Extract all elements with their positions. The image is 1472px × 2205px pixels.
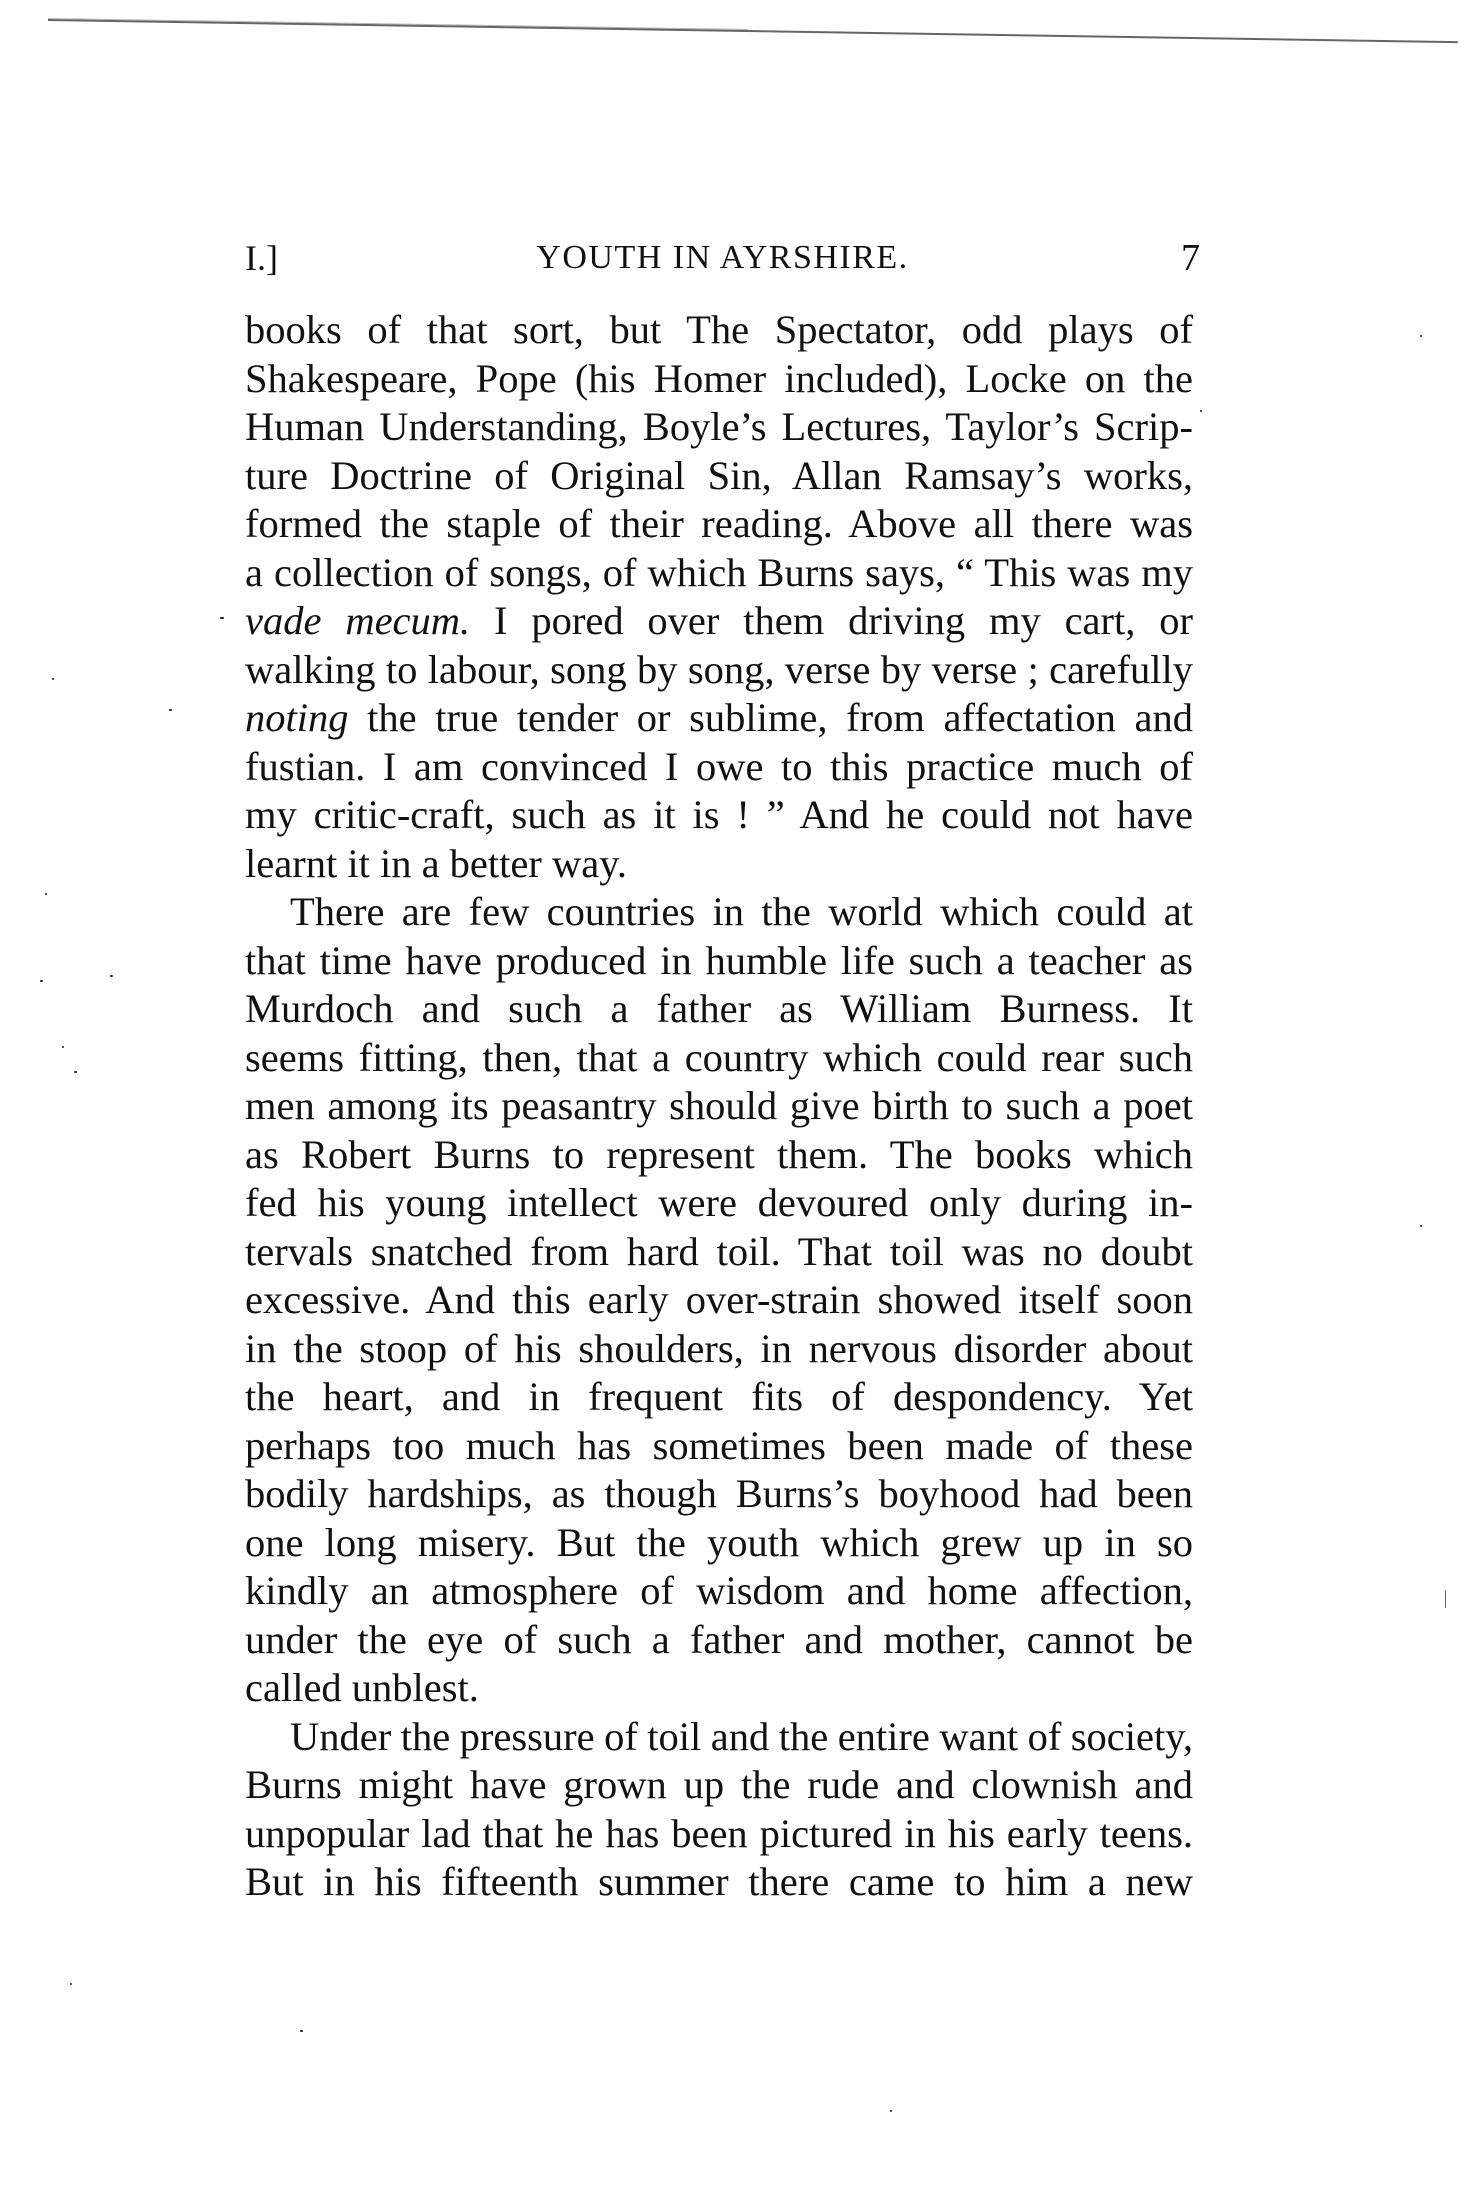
- page-number: 7: [1181, 236, 1200, 280]
- text-line: the heart, and in frequent fits of despo…: [245, 1373, 1193, 1421]
- text-line: formed the staple of their reading. Abov…: [245, 500, 1193, 548]
- text-line: Burns might have grown up the rude and c…: [245, 1761, 1193, 1809]
- text-line: Shakespeare, Pope (his Homer included), …: [245, 355, 1193, 403]
- text-line: my critic-craft, such as it is ! ” And h…: [245, 791, 1193, 839]
- text-line: tervals snatched from hard toil. That to…: [245, 1228, 1193, 1276]
- text-line: But in his fifteenth summer there came t…: [245, 1858, 1193, 1906]
- line-text: excessive. And this early over-strain sh…: [245, 1277, 1193, 1322]
- line-text: as Robert Burns to represent them. The b…: [245, 1132, 1193, 1177]
- line-text: unpopular lad that he has been pictured …: [245, 1811, 1193, 1856]
- text-line: perhaps too much has sometimes been made…: [245, 1422, 1193, 1470]
- line-text: Murdoch and such a father as William Bur…: [245, 986, 1193, 1031]
- text-line: under the eye of such a father and mothe…: [245, 1616, 1193, 1664]
- line-text: I pored over them driving my cart, or: [470, 598, 1193, 643]
- text-line: vade mecum. I pored over them driving my…: [245, 597, 1193, 645]
- line-text: books of that sort, but The Spectator, o…: [245, 307, 1193, 352]
- text-line: noting the true tender or sublime, from …: [245, 694, 1193, 742]
- running-title: YOUTH IN AYRSHIRE.: [245, 236, 1200, 280]
- line-text: fustian. I am convinced I owe to this pr…: [245, 744, 1193, 789]
- line-text: ture Doctrine of Original Sin, Allan Ram…: [245, 453, 1193, 498]
- line-text: Shakespeare, Pope (his Homer included), …: [245, 356, 1193, 401]
- scan-speck: [40, 980, 43, 982]
- scan-speck: [890, 2110, 892, 2112]
- scan-edge-line-faint: [48, 18, 748, 30]
- text-line: Murdoch and such a father as William Bur…: [245, 985, 1193, 1033]
- scan-speck: [110, 975, 113, 977]
- scan-speck: [1420, 335, 1422, 337]
- scan-speck: [52, 678, 54, 680]
- text-line: books of that sort, but The Spectator, o…: [245, 306, 1193, 354]
- text-line: called unblest.: [245, 1664, 1193, 1712]
- line-text: in the stoop of his shoulders, in nervou…: [245, 1326, 1193, 1371]
- line-text: the true tender or sublime, from affecta…: [349, 695, 1193, 740]
- text-line: one long misery. But the youth which gre…: [245, 1519, 1193, 1567]
- line-text: But in his fifteenth summer there came t…: [245, 1859, 1193, 1904]
- italic-phrase: noting: [245, 695, 349, 740]
- line-text: called unblest.: [245, 1665, 479, 1710]
- scan-edge-line: [48, 19, 1458, 43]
- scan-speck: [169, 709, 172, 711]
- running-header: I.] YOUTH IN AYRSHIRE. 7: [245, 236, 1200, 280]
- scanned-book-page: I.] YOUTH IN AYRSHIRE. 7 books of that s…: [0, 0, 1472, 2205]
- text-line: ture Doctrine of Original Sin, Allan Ram…: [245, 452, 1193, 500]
- line-text: formed the staple of their reading. Abov…: [245, 501, 1193, 546]
- line-text: seems fitting, then, that a country whic…: [245, 1035, 1193, 1080]
- line-text: my critic-craft, such as it is ! ” And h…: [245, 792, 1193, 837]
- line-text: learnt it in a better way.: [245, 841, 627, 886]
- scan-speck: [70, 1983, 72, 1985]
- line-text: the heart, and in frequent fits of despo…: [245, 1374, 1193, 1419]
- line-text: under the eye of such a father and mothe…: [245, 1617, 1193, 1662]
- scan-speck: [74, 1071, 77, 1073]
- text-line: excessive. And this early over-strain sh…: [245, 1276, 1193, 1324]
- line-text: tervals snatched from hard toil. That to…: [245, 1229, 1193, 1274]
- text-line: fustian. I am convinced I owe to this pr…: [245, 743, 1193, 791]
- line-text: perhaps too much has sometimes been made…: [245, 1423, 1193, 1468]
- scan-speck: [300, 2030, 303, 2032]
- text-line: seems fitting, then, that a country whic…: [245, 1034, 1193, 1082]
- text-line: Human Understanding, Boyle’s Lectures, T…: [245, 403, 1193, 451]
- text-line: kindly an atmosphere of wisdom and home …: [245, 1567, 1193, 1615]
- text-line: fed his young intellect were devoured on…: [245, 1179, 1193, 1227]
- text-line: There are few countries in the world whi…: [290, 888, 1193, 936]
- scan-speck: [1200, 410, 1202, 412]
- scan-speck: [1445, 1590, 1446, 1608]
- text-line: as Robert Burns to represent them. The b…: [245, 1131, 1193, 1179]
- line-text: a collection of songs, of which Burns sa…: [245, 550, 1193, 595]
- line-text: There are few countries in the world whi…: [290, 889, 1193, 934]
- line-text: kindly an atmosphere of wisdom and home …: [245, 1568, 1193, 1613]
- line-text: fed his young intellect were devoured on…: [245, 1180, 1193, 1225]
- italic-phrase: vade mecum.: [245, 598, 470, 643]
- text-line: unpopular lad that he has been pictured …: [245, 1810, 1193, 1858]
- scan-speck: [45, 893, 47, 895]
- text-line: walking to labour, song by song, verse b…: [245, 646, 1193, 694]
- text-line: Under the pressure of toil and the entir…: [290, 1713, 1193, 1761]
- line-text: bodily hardships, as though Burns’s boyh…: [245, 1471, 1193, 1516]
- text-line: a collection of songs, of which Burns sa…: [245, 549, 1193, 597]
- text-line: learnt it in a better way.: [245, 840, 1193, 888]
- scan-speck: [1420, 1225, 1422, 1227]
- scan-speck: [62, 1046, 64, 1048]
- text-line: in the stoop of his shoulders, in nervou…: [245, 1325, 1193, 1373]
- line-text: Under the pressure of toil and the entir…: [290, 1714, 1193, 1759]
- text-line: bodily hardships, as though Burns’s boyh…: [245, 1470, 1193, 1518]
- line-text: Burns might have grown up the rude and c…: [245, 1762, 1193, 1807]
- line-text: walking to labour, song by song, verse b…: [245, 647, 1193, 692]
- text-line: that time have produced in humble life s…: [245, 937, 1193, 985]
- line-text: that time have produced in humble life s…: [245, 938, 1193, 983]
- line-text: Human Understanding, Boyle’s Lectures, T…: [245, 404, 1193, 449]
- line-text: men among its peasantry should give birt…: [245, 1083, 1193, 1128]
- scan-speck: [220, 617, 224, 619]
- line-text: one long misery. But the youth which gre…: [245, 1520, 1193, 1565]
- text-line: men among its peasantry should give birt…: [245, 1082, 1193, 1130]
